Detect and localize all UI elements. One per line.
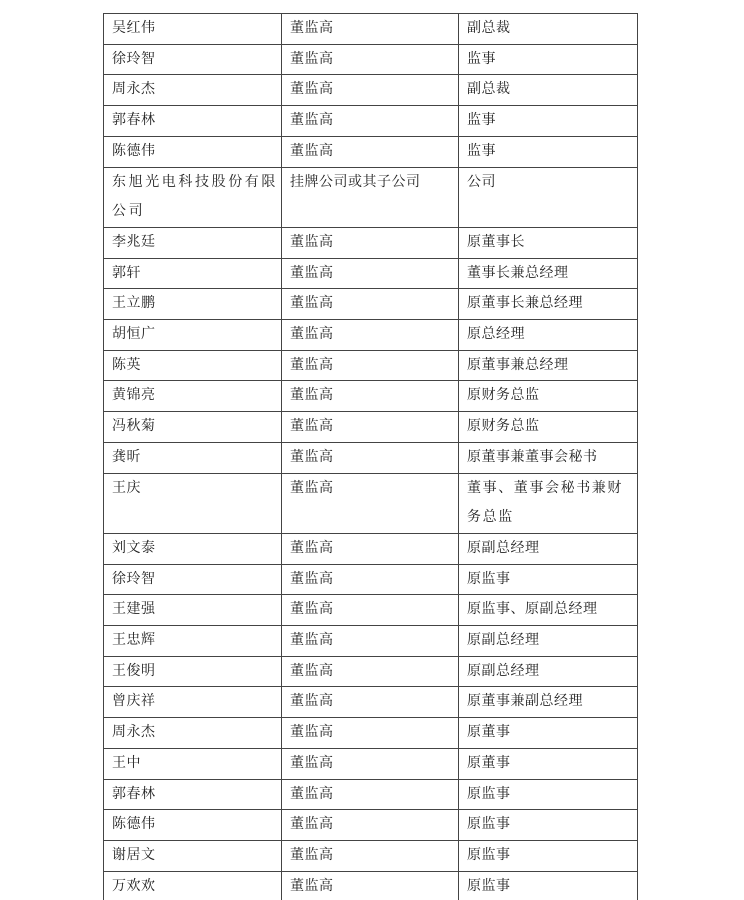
table-row: 王中 董监高 原董事 — [104, 748, 638, 779]
name-cell: 王立鹏 — [104, 289, 282, 320]
table-row: 王立鹏 董监高 原董事长兼总经理 — [104, 289, 638, 320]
name-cell: 周永杰 — [104, 718, 282, 749]
category-cell: 挂牌公司或其子公司 — [282, 167, 459, 227]
position-cell: 董事长兼总经理 — [459, 258, 638, 289]
name-cell: 李兆廷 — [104, 227, 282, 258]
table-row: 东旭光电科技股份有限公司 挂牌公司或其子公司 公司 — [104, 167, 638, 227]
name-cell: 刘文泰 — [104, 533, 282, 564]
category-cell: 董监高 — [282, 748, 459, 779]
name-cell: 王忠辉 — [104, 626, 282, 657]
position-cell: 原总经理 — [459, 320, 638, 351]
name-cell: 王中 — [104, 748, 282, 779]
name-cell: 东旭光电科技股份有限公司 — [104, 167, 282, 227]
name-cell: 冯秋菊 — [104, 412, 282, 443]
category-cell: 董监高 — [282, 656, 459, 687]
name-cell: 谢居文 — [104, 840, 282, 871]
table-row: 陈英 董监高 原董事兼总经理 — [104, 350, 638, 381]
category-cell: 董监高 — [282, 718, 459, 749]
category-cell: 董监高 — [282, 626, 459, 657]
table-row: 谢居文 董监高 原监事 — [104, 840, 638, 871]
table-row: 王忠辉 董监高 原副总经理 — [104, 626, 638, 657]
category-cell: 董监高 — [282, 442, 459, 473]
category-cell: 董监高 — [282, 14, 459, 45]
name-cell: 徐玲智 — [104, 44, 282, 75]
position-cell: 监事 — [459, 136, 638, 167]
position-cell: 副总裁 — [459, 75, 638, 106]
category-cell: 董监高 — [282, 106, 459, 137]
table-row: 陈德伟 董监高 监事 — [104, 136, 638, 167]
position-cell: 监事 — [459, 44, 638, 75]
name-cell: 吴红伟 — [104, 14, 282, 45]
table-row: 曾庆祥 董监高 原董事兼副总经理 — [104, 687, 638, 718]
position-cell: 原董事兼副总经理 — [459, 687, 638, 718]
name-cell: 王建强 — [104, 595, 282, 626]
category-cell: 董监高 — [282, 840, 459, 871]
name-cell: 胡恒广 — [104, 320, 282, 351]
category-cell: 董监高 — [282, 381, 459, 412]
table-row: 郭春林 董监高 监事 — [104, 106, 638, 137]
category-cell: 董监高 — [282, 258, 459, 289]
position-cell: 原董事 — [459, 748, 638, 779]
name-cell: 王庆 — [104, 473, 282, 533]
position-cell: 原副总经理 — [459, 626, 638, 657]
table-row: 周永杰 董监高 原董事 — [104, 718, 638, 749]
table-row: 王建强 董监高 原监事、原副总经理 — [104, 595, 638, 626]
position-cell: 原董事兼董事会秘书 — [459, 442, 638, 473]
category-cell: 董监高 — [282, 75, 459, 106]
table-row: 万欢欢 董监高 原监事 — [104, 871, 638, 900]
table-row: 李兆廷 董监高 原董事长 — [104, 227, 638, 258]
position-cell: 原董事长兼总经理 — [459, 289, 638, 320]
name-cell: 陈德伟 — [104, 136, 282, 167]
category-cell: 董监高 — [282, 871, 459, 900]
table-row: 龚昕 董监高 原董事兼董事会秘书 — [104, 442, 638, 473]
name-cell: 王俊明 — [104, 656, 282, 687]
category-cell: 董监高 — [282, 779, 459, 810]
position-cell: 监事 — [459, 106, 638, 137]
category-cell: 董监高 — [282, 44, 459, 75]
position-cell: 原董事 — [459, 718, 638, 749]
category-cell: 董监高 — [282, 473, 459, 533]
table-row: 刘文泰 董监高 原副总经理 — [104, 533, 638, 564]
category-cell: 董监高 — [282, 350, 459, 381]
category-cell: 董监高 — [282, 595, 459, 626]
position-cell: 原监事 — [459, 840, 638, 871]
position-cell: 原财务总监 — [459, 412, 638, 443]
table-row: 王俊明 董监高 原副总经理 — [104, 656, 638, 687]
position-cell: 原监事 — [459, 779, 638, 810]
name-cell: 龚昕 — [104, 442, 282, 473]
position-cell: 公司 — [459, 167, 638, 227]
table-row: 徐玲智 董监高 原监事 — [104, 564, 638, 595]
table-row: 周永杰 董监高 副总裁 — [104, 75, 638, 106]
position-cell: 原董事兼总经理 — [459, 350, 638, 381]
table-row: 郭春林 董监高 原监事 — [104, 779, 638, 810]
table-row: 黄锦亮 董监高 原财务总监 — [104, 381, 638, 412]
position-cell: 原财务总监 — [459, 381, 638, 412]
category-cell: 董监高 — [282, 810, 459, 841]
name-cell: 黄锦亮 — [104, 381, 282, 412]
table-row: 胡恒广 董监高 原总经理 — [104, 320, 638, 351]
position-cell: 董事、董事会秘书兼财务总监 — [459, 473, 638, 533]
name-cell: 陈英 — [104, 350, 282, 381]
name-cell: 曾庆祥 — [104, 687, 282, 718]
position-cell: 原监事 — [459, 871, 638, 900]
name-cell: 郭春林 — [104, 106, 282, 137]
table-row: 冯秋菊 董监高 原财务总监 — [104, 412, 638, 443]
table-row: 陈德伟 董监高 原监事 — [104, 810, 638, 841]
category-cell: 董监高 — [282, 412, 459, 443]
category-cell: 董监高 — [282, 289, 459, 320]
category-cell: 董监高 — [282, 320, 459, 351]
position-cell: 原监事 — [459, 564, 638, 595]
table-row: 郭轩 董监高 董事长兼总经理 — [104, 258, 638, 289]
position-cell: 原董事长 — [459, 227, 638, 258]
name-cell: 周永杰 — [104, 75, 282, 106]
name-cell: 徐玲智 — [104, 564, 282, 595]
table-row: 吴红伟 董监高 副总裁 — [104, 14, 638, 45]
position-cell: 副总裁 — [459, 14, 638, 45]
related-party-table: 吴红伟 董监高 副总裁 徐玲智 董监高 监事 周永杰 董监高 副总裁 郭春林 董… — [103, 13, 638, 900]
category-cell: 董监高 — [282, 564, 459, 595]
category-cell: 董监高 — [282, 227, 459, 258]
category-cell: 董监高 — [282, 136, 459, 167]
name-cell: 郭春林 — [104, 779, 282, 810]
position-cell: 原监事 — [459, 810, 638, 841]
position-cell: 原副总经理 — [459, 533, 638, 564]
category-cell: 董监高 — [282, 687, 459, 718]
name-cell: 万欢欢 — [104, 871, 282, 900]
position-cell: 原监事、原副总经理 — [459, 595, 638, 626]
table-row: 王庆 董监高 董事、董事会秘书兼财务总监 — [104, 473, 638, 533]
position-cell: 原副总经理 — [459, 656, 638, 687]
name-cell: 陈德伟 — [104, 810, 282, 841]
category-cell: 董监高 — [282, 533, 459, 564]
name-cell: 郭轩 — [104, 258, 282, 289]
table-row: 徐玲智 董监高 监事 — [104, 44, 638, 75]
